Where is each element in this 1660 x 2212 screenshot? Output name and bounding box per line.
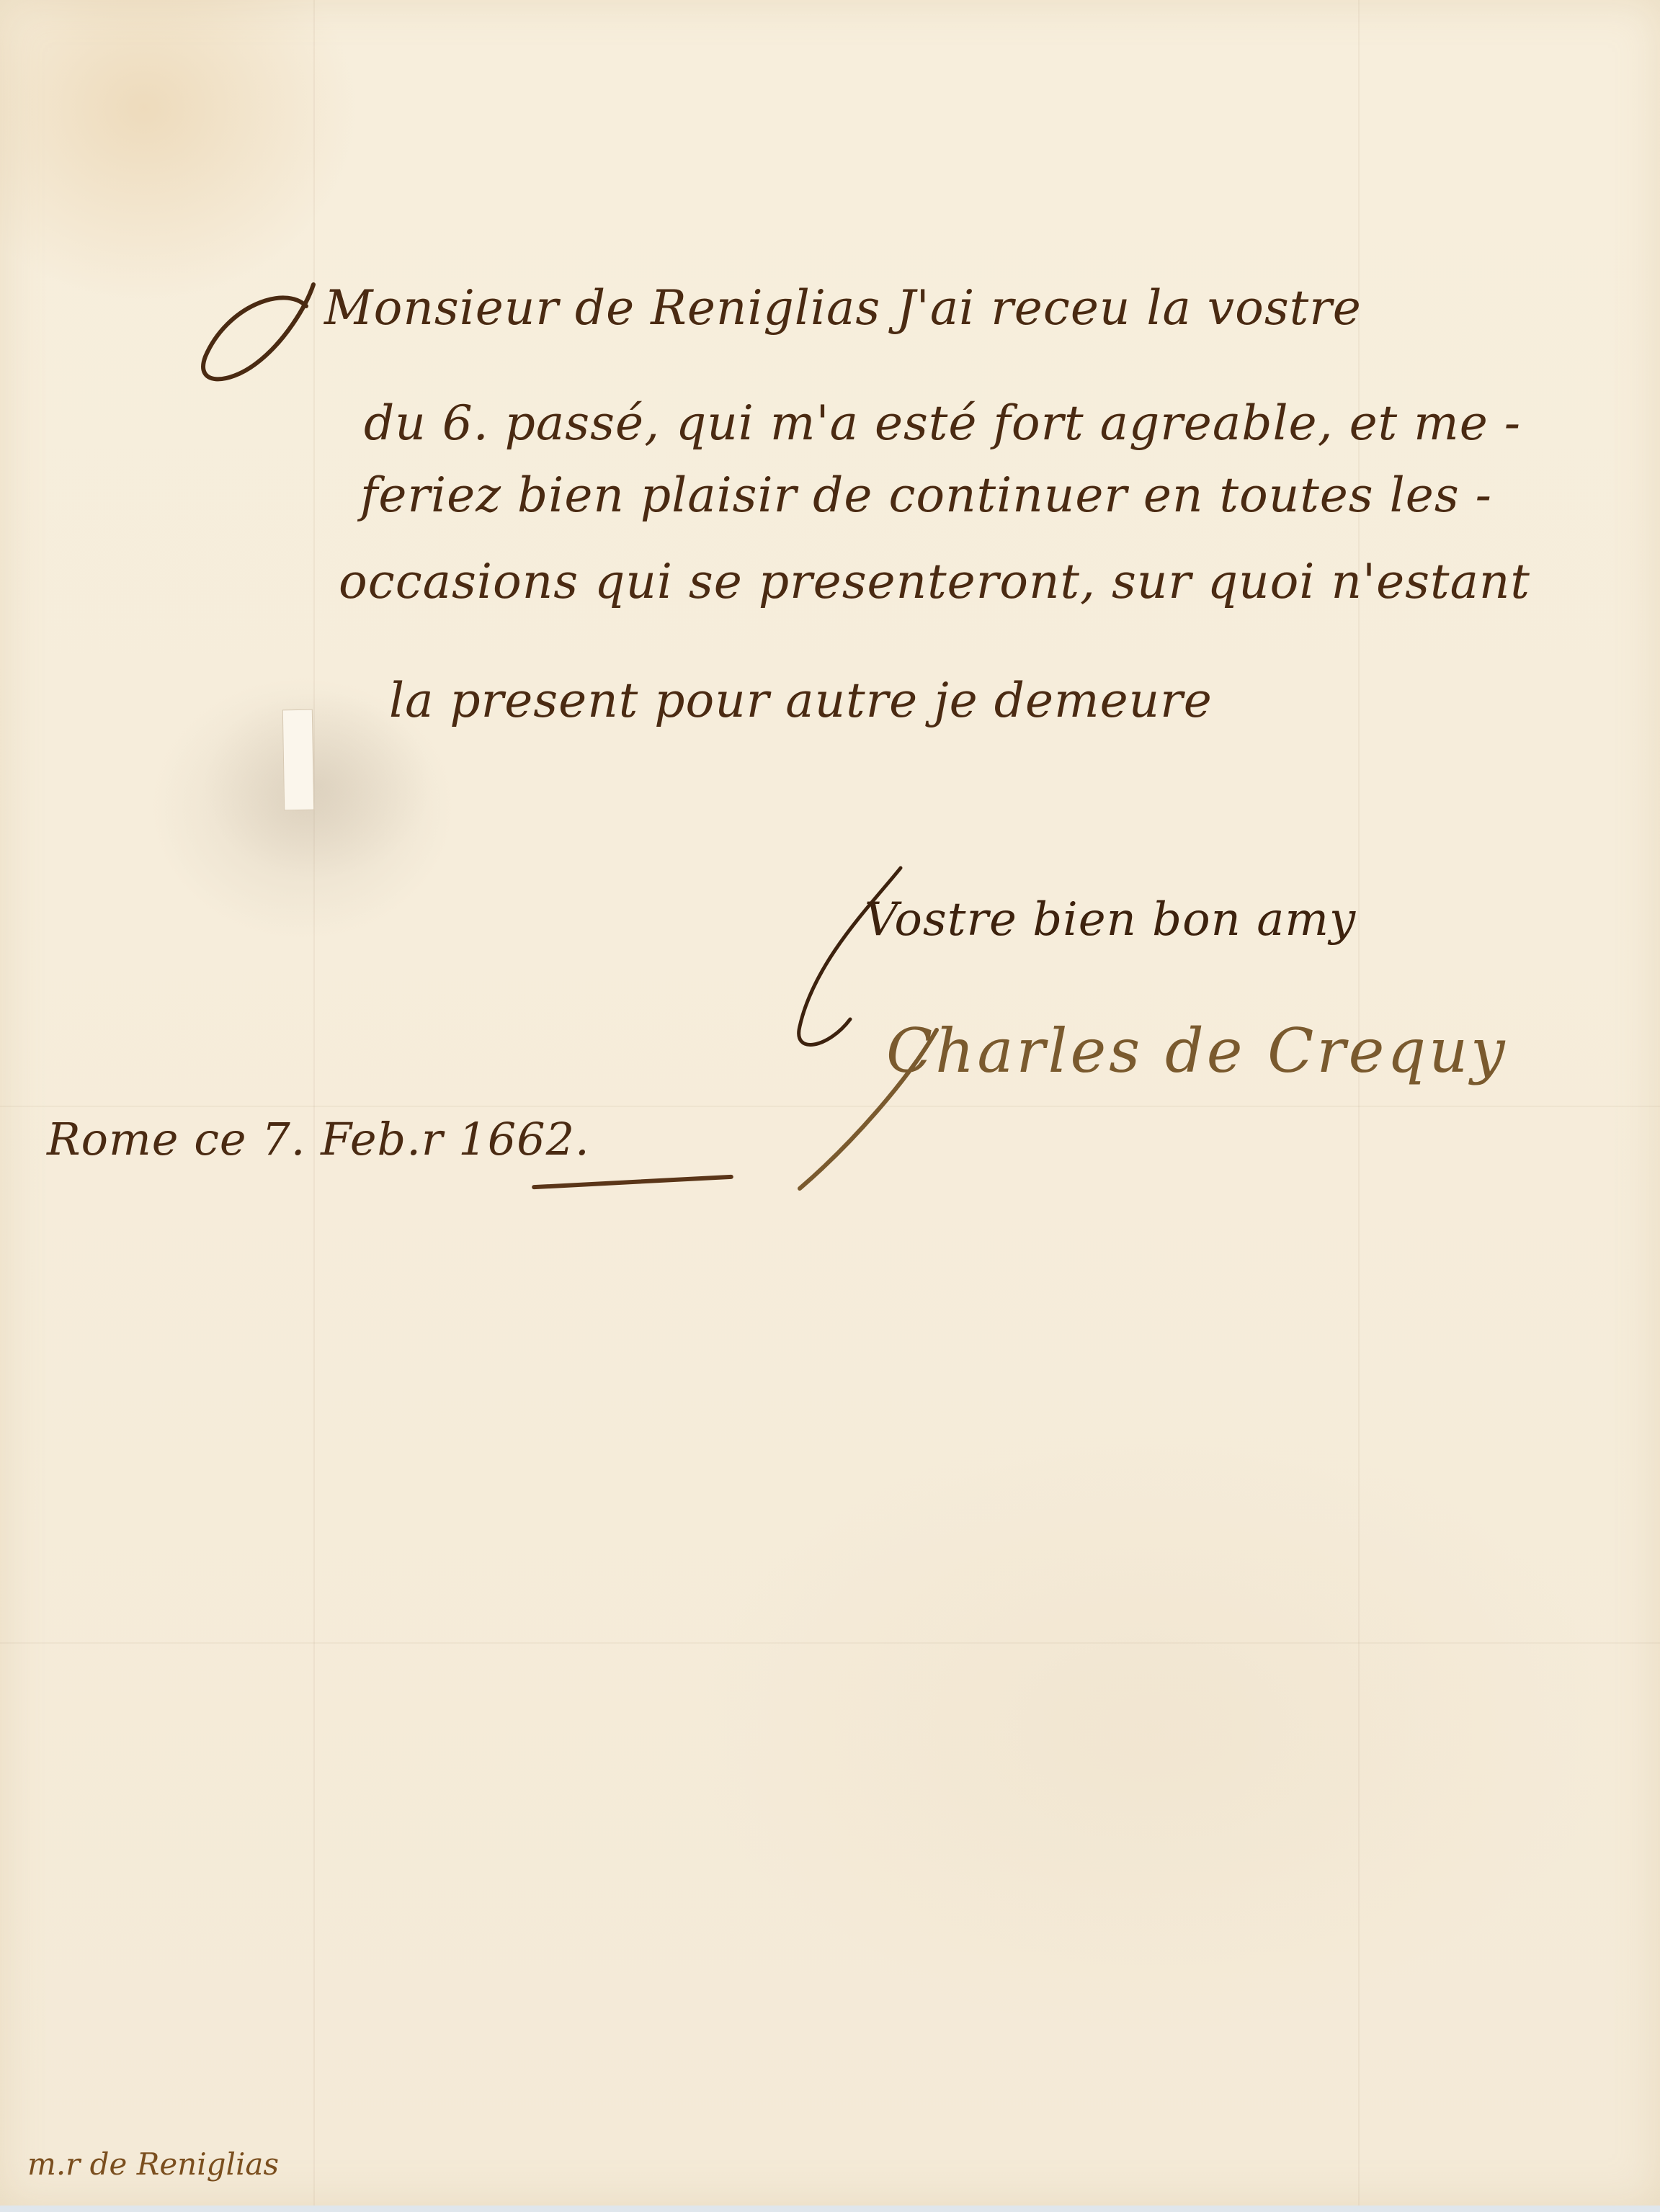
letter-line-1: Monsieur de Reniglias J'ai receu la vost… [324, 285, 1362, 332]
closing-phrase: Vostre bien bon amy [865, 893, 1356, 946]
fold-line-horizontal [0, 1106, 1660, 1107]
paper-seal-strip [282, 709, 314, 811]
date-underline [532, 1175, 733, 1190]
dateline: Rome ce 7. Feb.r 1662. [47, 1113, 590, 1165]
fold-line-horizontal [0, 1642, 1660, 1644]
letter-paper: Monsieur de Reniglias J'ai receu la vost… [0, 0, 1660, 2206]
letter-line-4: occasions qui se presenteront, sur quoi … [339, 558, 1530, 606]
initial-flourish-icon [198, 277, 342, 393]
letter-line-5: la present pour autre je demeure [389, 677, 1213, 725]
letter-line-2: du 6. passé, qui m'a esté fort agreable,… [364, 400, 1521, 447]
signature: Charles de Crequy [886, 1016, 1508, 1086]
letter-line-3: feriez bien plaisir de continuer en tout… [360, 472, 1492, 519]
docket-note: m.r de Reniglias [27, 2146, 279, 2182]
